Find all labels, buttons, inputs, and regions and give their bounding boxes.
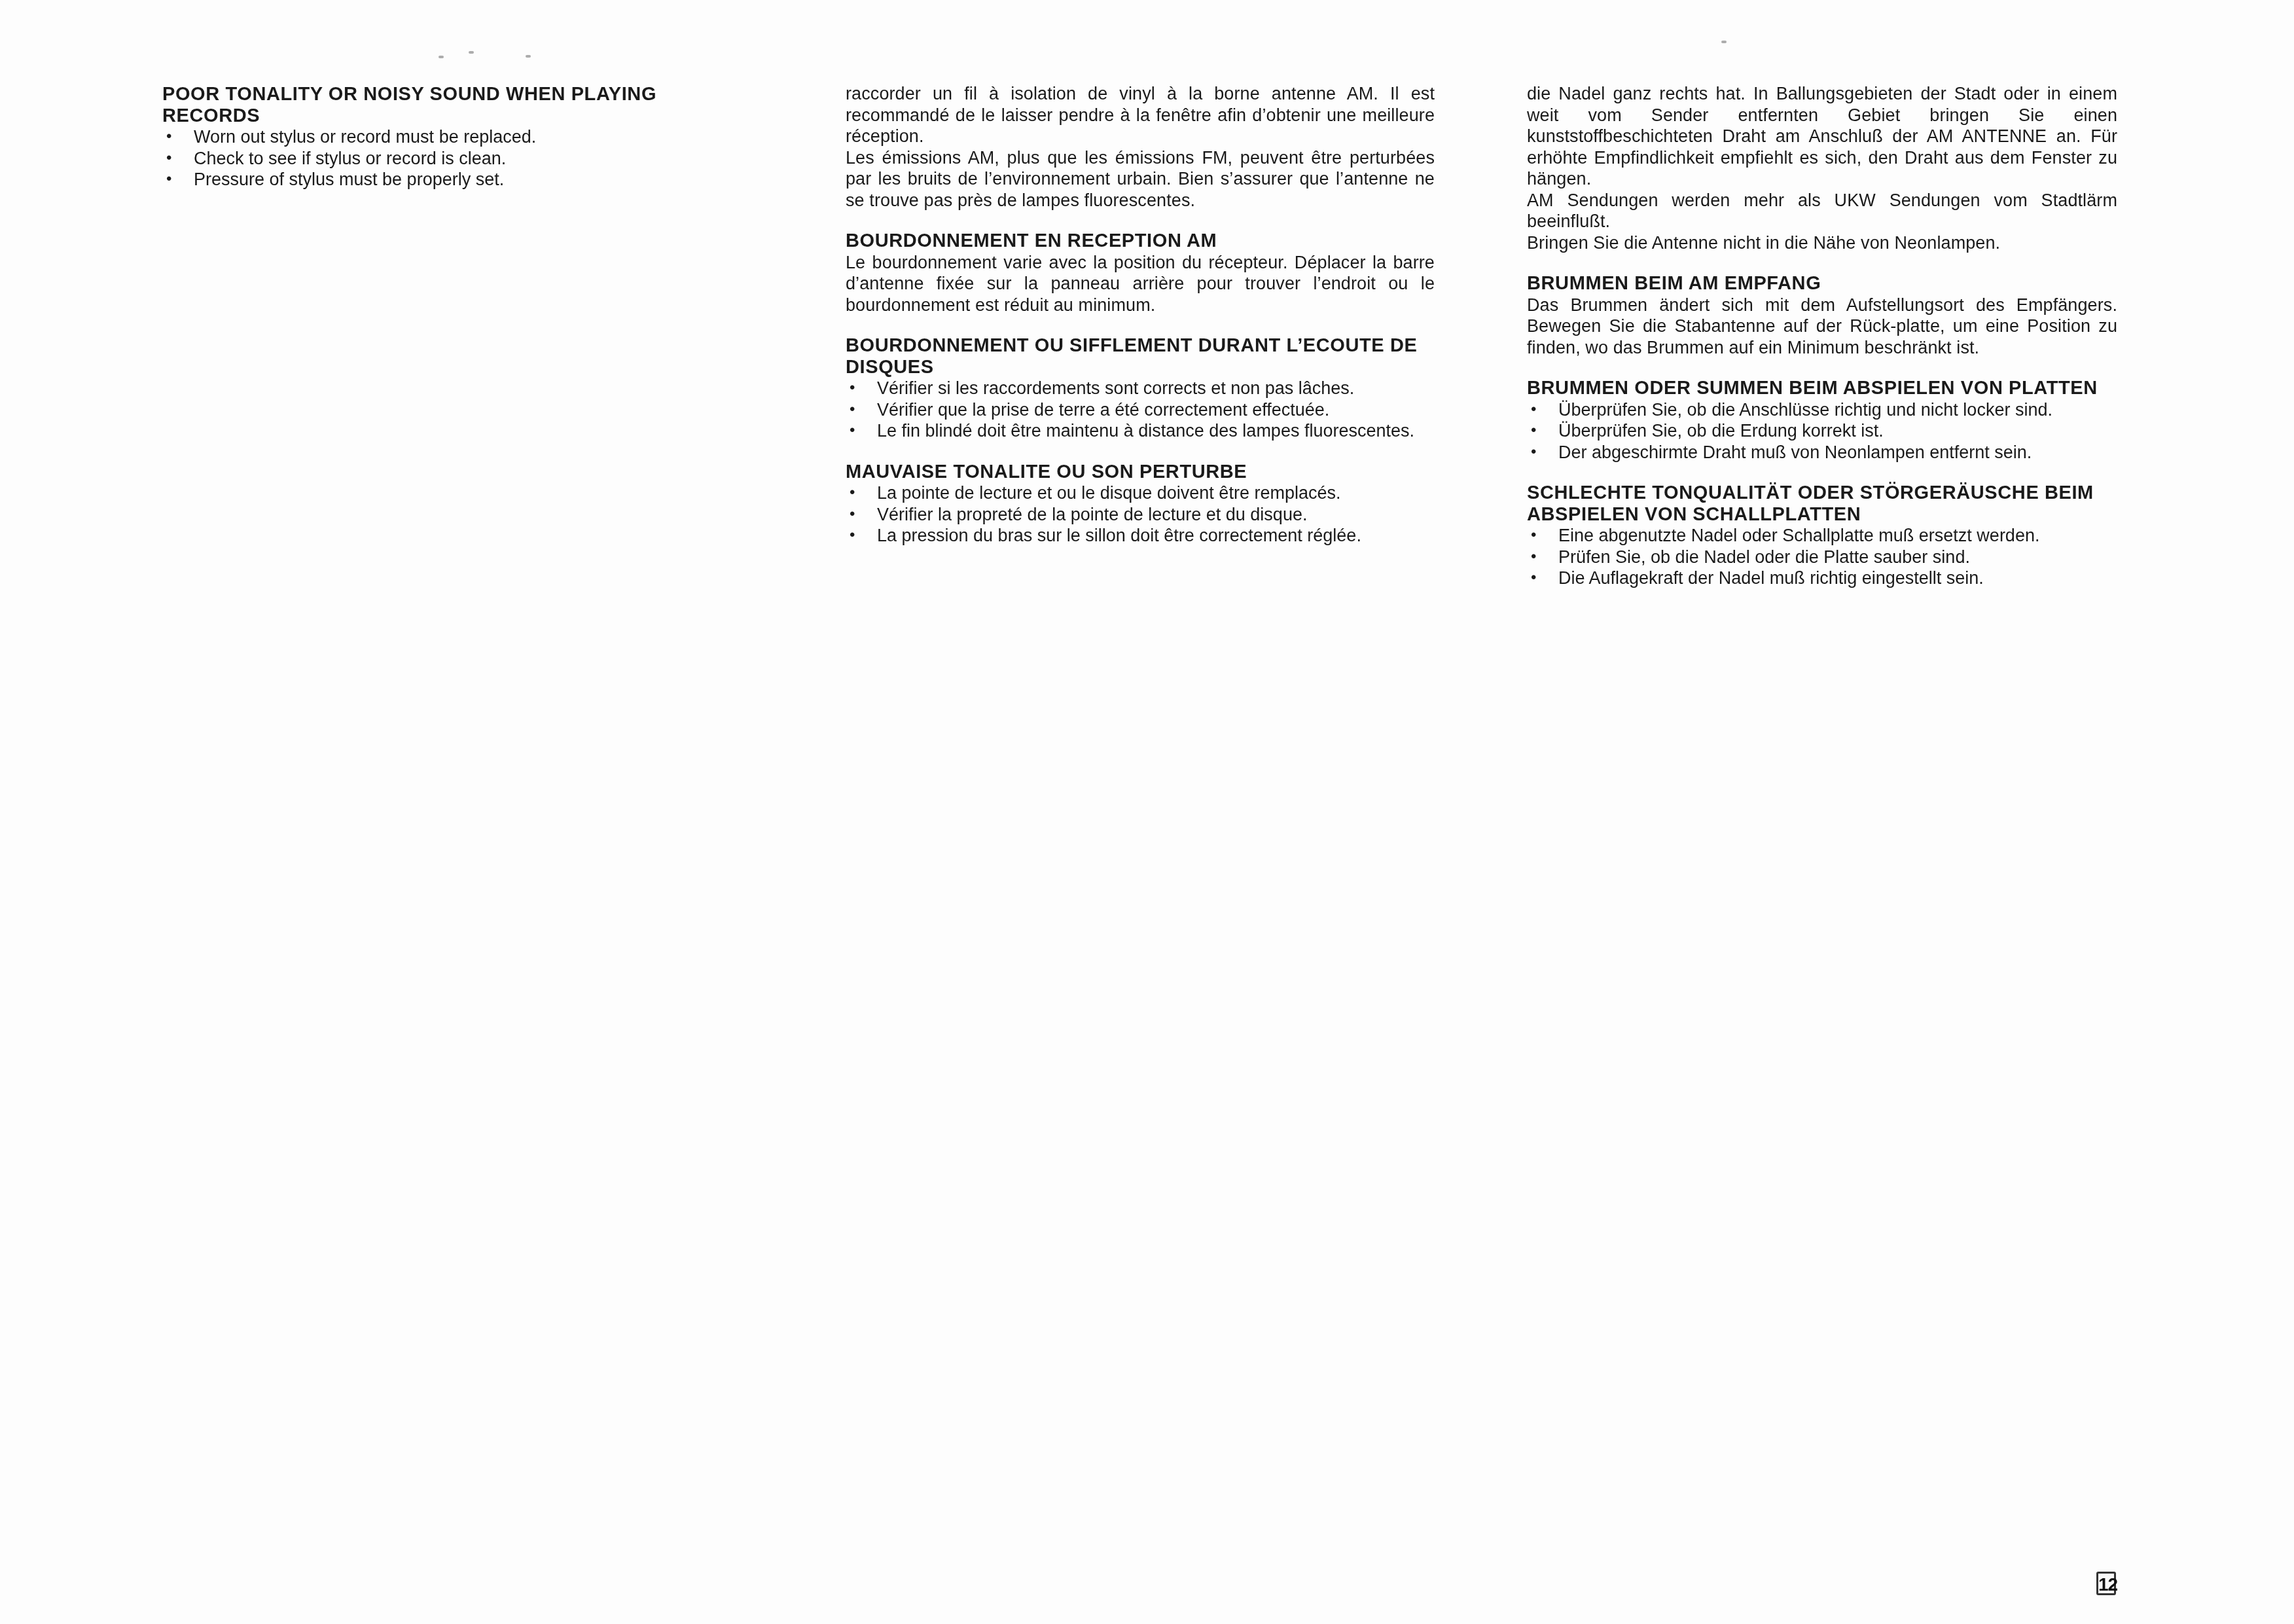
bullet-icon: • [850,504,855,526]
section-bourdonnement-am: BOURDONNEMENT EN RECEPTION AM Le bourdon… [846,230,1435,316]
bullet-icon: • [850,420,855,442]
bullet-icon: • [850,378,855,399]
paragraph: Les émissions AM, plus que les émissions… [846,147,1435,211]
bullet-item: •Vérifier la propreté de la pointe de le… [846,504,1435,526]
bullet-icon: • [1531,399,1536,421]
section-antenna-intro-de: die Nadel ganz rechts hat. In Ballungsge… [1527,83,2117,253]
section-heading: BOURDONNEMENT OU SIFFLEMENT DURANT L’ECO… [846,335,1435,378]
section-heading: BOURDONNEMENT EN RECEPTION AM [846,230,1435,252]
section-heading: BRUMMEN ODER SUMMEN BEIM ABSPIELEN VON P… [1527,378,2117,399]
bullet-icon: • [850,399,855,421]
bullet-item: •Der abgeschirmte Draht muß von Neonlamp… [1527,442,2117,463]
bullet-icon: • [1531,525,1536,547]
section-heading: MAUVAISE TONALITE OU SON PERTURBE [846,461,1435,483]
scan-speck [439,56,444,58]
section-heading: POOR TONALITY OR NOISY SOUND WHEN PLAYIN… [162,84,738,126]
bullet-item: •Überprüfen Sie, ob die Anschlüsse richt… [1527,399,2117,421]
section-bourdonnement-disques: BOURDONNEMENT OU SIFFLEMENT DURANT L’ECO… [846,335,1435,442]
bullet-item: •Worn out stylus or record must be repla… [162,126,738,148]
bullet-list: •Überprüfen Sie, ob die Anschlüsse richt… [1527,399,2117,463]
bullet-item: •Check to see if stylus or record is cle… [162,148,738,170]
bullet-list: •Vérifier si les raccordements sont corr… [846,378,1435,442]
bullet-item: •La pointe de lecture et ou le disque do… [846,482,1435,504]
bullet-item: •Vérifier si les raccordements sont corr… [846,378,1435,399]
paragraph: Das Brummen ändert sich mit dem Aufstell… [1527,295,2117,359]
bullet-list: •La pointe de lecture et ou le disque do… [846,482,1435,547]
paragraph: AM Sendungen werden mehr als UKW Sendung… [1527,190,2117,232]
bullet-item: •Eine abgenutzte Nadel oder Schallplatte… [1527,525,2117,547]
bullet-item: •Die Auflagekraft der Nadel muß richtig … [1527,568,2117,589]
scan-speck [526,55,531,58]
bullet-icon: • [850,525,855,547]
bullet-icon: • [166,126,171,148]
bullet-icon: • [166,148,171,170]
paragraph: die Nadel ganz rechts hat. In Ballungsge… [1527,83,2117,190]
page-number: 12 [2096,1572,2116,1595]
bullet-item: •Überprüfen Sie, ob die Erdung korrekt i… [1527,420,2117,442]
section-heading: SCHLECHTE TONQUALITÄT ODER STÖRGERÄUSCHE… [1527,482,2117,525]
section-poor-tonality: POOR TONALITY OR NOISY SOUND WHEN PLAYIN… [162,84,738,190]
bullet-item: •La pression du bras sur le sillon doit … [846,525,1435,547]
bullet-icon: • [1531,547,1536,568]
bullet-icon: • [1531,568,1536,589]
bullet-item: •Vérifier que la prise de terre a été co… [846,399,1435,421]
section-antenna-intro-fr: raccorder un fil à isolation de vinyl à … [846,83,1435,211]
paragraph: raccorder un fil à isolation de vinyl à … [846,83,1435,147]
bullet-list: •Worn out stylus or record must be repla… [162,126,738,190]
bullet-item: •Pressure of stylus must be properly set… [162,169,738,190]
column-english: POOR TONALITY OR NOISY SOUND WHEN PLAYIN… [162,84,738,210]
bullet-icon: • [850,482,855,504]
scan-speck [469,51,474,54]
bullet-item: •Le fin blindé doit être maintenu à dist… [846,420,1435,442]
column-german: die Nadel ganz rechts hat. In Ballungsge… [1527,83,2117,609]
section-mauvaise-tonalite: MAUVAISE TONALITE OU SON PERTURBE •La po… [846,461,1435,547]
bullet-icon: • [166,169,171,190]
paragraph: Bringen Sie die Antenne nicht in die Näh… [1527,232,2117,254]
bullet-list: •Eine abgenutzte Nadel oder Schallplatte… [1527,525,2117,589]
section-brummen-am: BRUMMEN BEIM AM EMPFANG Das Brummen ände… [1527,273,2117,358]
column-french: raccorder un fil à isolation de vinyl à … [846,83,1435,566]
bullet-icon: • [1531,442,1536,463]
section-schlechte-tonqualitaet: SCHLECHTE TONQUALITÄT ODER STÖRGERÄUSCHE… [1527,482,2117,589]
bullet-icon: • [1531,420,1536,442]
section-brummen-platten: BRUMMEN ODER SUMMEN BEIM ABSPIELEN VON P… [1527,378,2117,463]
paragraph: Le bourdonnement varie avec la position … [846,252,1435,316]
scan-speck [1721,41,1727,43]
bullet-item: •Prüfen Sie, ob die Nadel oder die Platt… [1527,547,2117,568]
section-heading: BRUMMEN BEIM AM EMPFANG [1527,273,2117,295]
